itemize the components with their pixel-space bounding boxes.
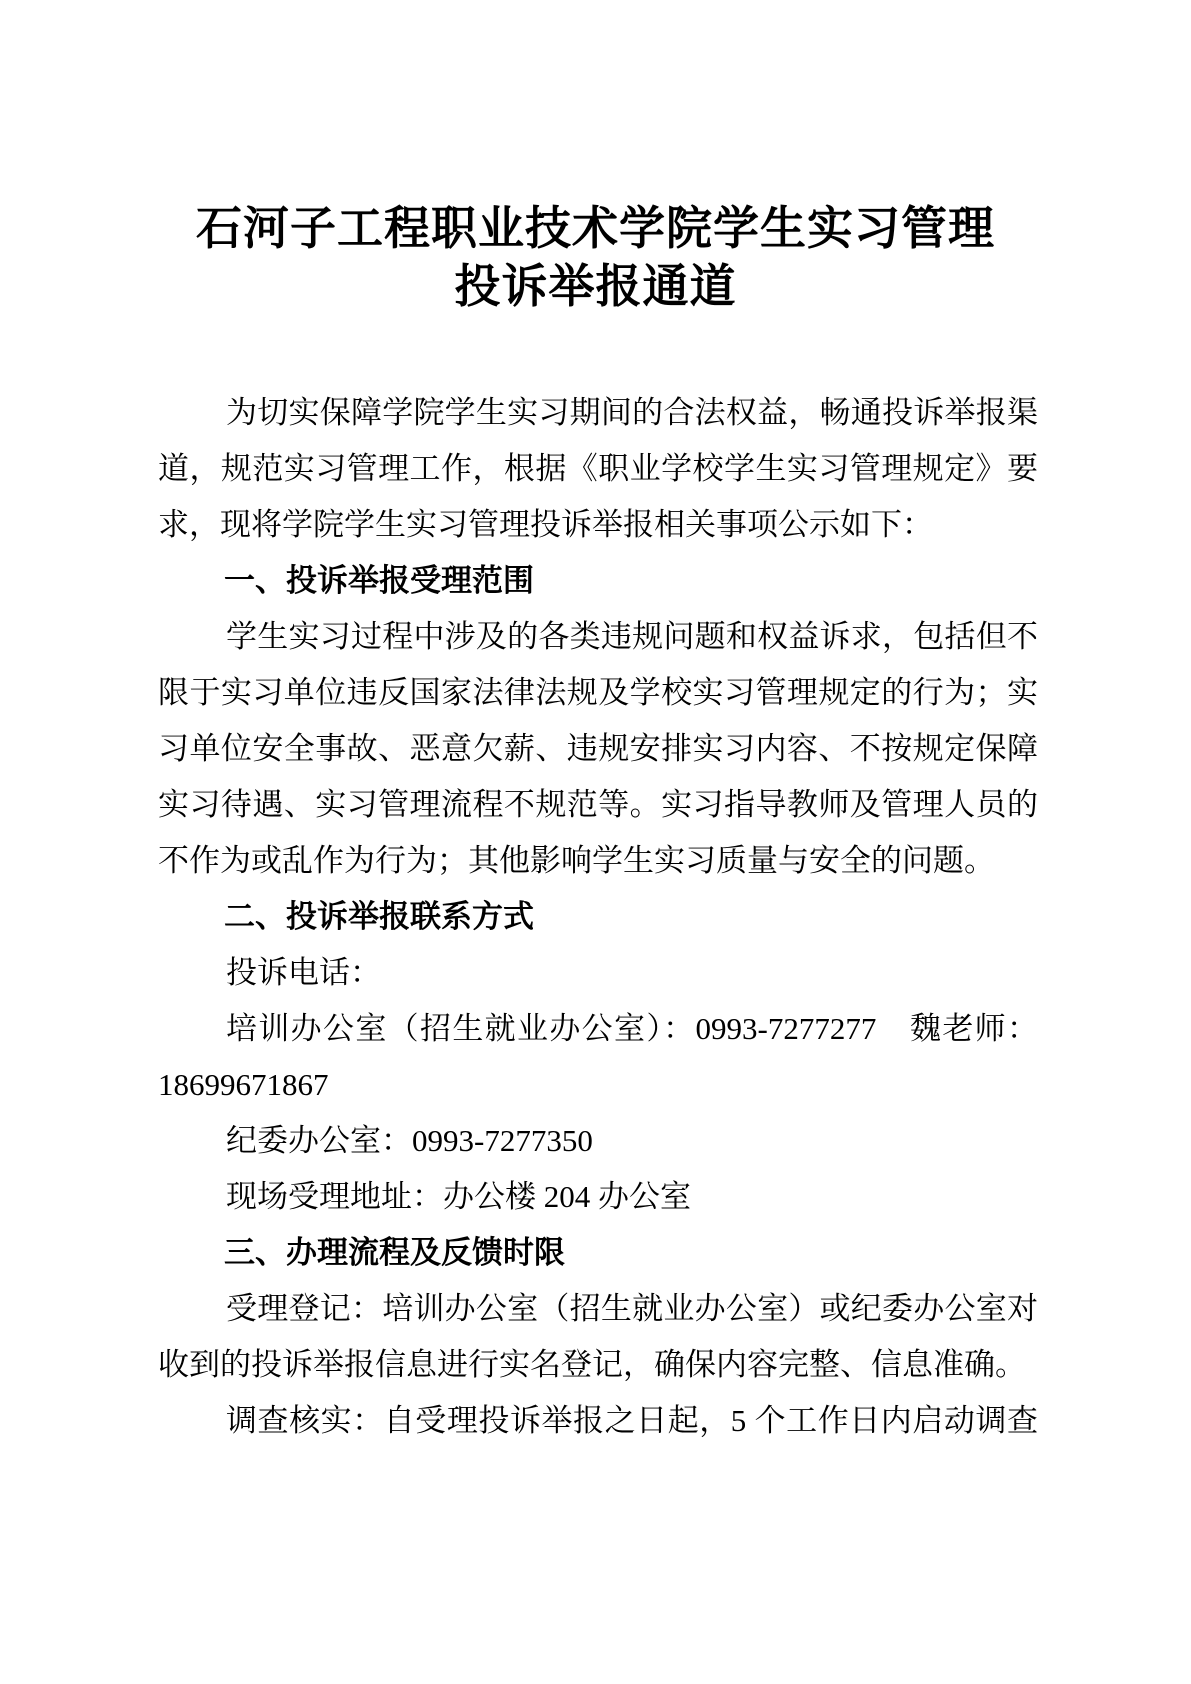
text-line: 培训办公室（招生就业办公室）：0993-7277277 魏老师：: [158, 1001, 1038, 1057]
text-line: 实习待遇、实习管理流程不规范等。实习指导教师及管理人员的: [158, 777, 1038, 833]
text-line: 限于实习单位违反国家法律法规及学校实习管理规定的行为；实: [158, 665, 1038, 721]
text-line: 不作为或乱作为行为；其他影响学生实习质量与安全的问题。: [158, 833, 1038, 889]
section-heading: 二、投诉举报联系方式: [158, 889, 1038, 945]
text-line: 收到的投诉举报信息进行实名登记，确保内容完整、信息准确。: [158, 1337, 1038, 1393]
text-line: 习单位安全事故、恶意欠薪、违规安排实习内容、不按规定保障: [158, 721, 1038, 777]
document-title: 石河子工程职业技术学院学生实习管理 投诉举报通道: [0, 200, 1191, 316]
text-line: 纪委办公室：0993-7277350: [158, 1113, 1038, 1169]
text-line: 18699671867: [158, 1057, 1038, 1113]
text-line: 求，现将学院学生实习管理投诉举报相关事项公示如下：: [158, 497, 1038, 553]
text-line: 为切实保障学院学生实习期间的合法权益，畅通投诉举报渠: [158, 385, 1038, 441]
section-heading: 三、办理流程及反馈时限: [158, 1225, 1038, 1281]
document-page: 石河子工程职业技术学院学生实习管理 投诉举报通道 为切实保障学院学生实习期间的合…: [0, 0, 1191, 1684]
document-body: 为切实保障学院学生实习期间的合法权益，畅通投诉举报渠道，规范实习管理工作，根据《…: [158, 385, 1038, 1449]
text-line: 调查核实：自受理投诉举报之日起，5 个工作日内启动调查: [158, 1393, 1038, 1449]
text-line: 学生实习过程中涉及的各类违规问题和权益诉求，包括但不: [158, 609, 1038, 665]
text-line: 道，规范实习管理工作，根据《职业学校学生实习管理规定》要: [158, 441, 1038, 497]
text-line: 投诉电话：: [158, 945, 1038, 1001]
document-title-line-2: 投诉举报通道: [0, 258, 1191, 316]
document-title-line-1: 石河子工程职业技术学院学生实习管理: [0, 200, 1191, 258]
text-line: 受理登记：培训办公室（招生就业办公室）或纪委办公室对: [158, 1281, 1038, 1337]
text-line: 现场受理地址：办公楼 204 办公室: [158, 1169, 1038, 1225]
section-heading: 一、投诉举报受理范围: [158, 553, 1038, 609]
